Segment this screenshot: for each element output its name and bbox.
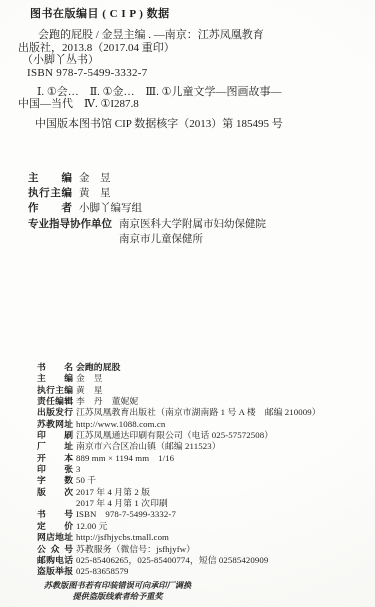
colophon-row-piracy-report: 盗版举报 025-83658579 <box>37 566 321 577</box>
colophon-row-price: 定价 12.00 元 <box>37 521 321 532</box>
field-value: 50 千 <box>76 475 96 486</box>
field-value: ISBN 978-7-5499-3332-7 <box>76 509 176 520</box>
field-label: 字数 <box>37 475 73 486</box>
cip-title: 图书在版编目 ( C I P ) 数据 <box>30 8 283 20</box>
cip-record-number: 中国版本图书馆 CIP 数据核字（2013）第 185495 号 <box>18 118 283 130</box>
colophon-row-wechat-account: 公众号 苏教服务（微信号：jsfhjyfw） <box>37 544 321 555</box>
field-label: 出版发行 <box>37 407 73 418</box>
field-value: 南京市儿童保健所 <box>119 232 203 247</box>
colophon-row-chief-editor: 主编 金 昱 <box>37 373 321 384</box>
field-value: 889 mm × 1194 mm 1/16 <box>76 453 174 464</box>
footer-note-line: 苏教版图书若有印装错误可向承印厂调换 <box>0 580 235 591</box>
field-label: 执行主编 <box>28 186 72 201</box>
field-label: 印张 <box>37 464 73 475</box>
field-label: 公众号 <box>37 544 73 555</box>
field-value: 苏教服务（微信号：jsfhjyfw） <box>76 544 195 555</box>
field-value: http://jsfhjycbs.tmall.com <box>76 532 169 543</box>
field-value: http://www.1088.com.cn <box>76 419 165 430</box>
colophon-row-factory-address: 厂址 南京市六合区冶山镇（邮编 211523） <box>37 441 321 452</box>
field-label: 专业指导协作单位 <box>28 217 112 232</box>
field-label: 书名 <box>37 362 73 373</box>
cip-classification-line: 中国—当代 Ⅳ. ①I287.8 <box>18 98 283 110</box>
editors-row: 作者 小脚丫编写组 <box>28 201 266 216</box>
field-label: 执行主编 <box>37 385 73 396</box>
editors-row-continuation: 南京市儿童保健所 <box>28 232 266 247</box>
field-value: 会跑的屁股 <box>76 362 121 373</box>
colophon-row-mail-order-phone: 邮购电话 025-85406265，025-85400774，短信 025854… <box>37 555 321 566</box>
field-label: 厂址 <box>37 441 73 452</box>
field-label: 定价 <box>37 521 73 532</box>
field-label <box>37 498 73 509</box>
field-label: 邮购电话 <box>37 555 73 566</box>
field-label: 书号 <box>37 509 73 520</box>
field-value: 3 <box>76 464 81 475</box>
cip-block: 图书在版编目 ( C I P ) 数据 会跑的屁股 / 金昱主编 . —南京：江… <box>18 8 283 130</box>
colophon-row-edition: 版次 2017 年 4 月第 2 版 <box>37 487 321 498</box>
editors-row: 执行主编 黄 星 <box>28 186 266 201</box>
colophon-row-word-count: 字数 50 千 <box>37 475 321 486</box>
cip-description-line: 出版社，2013.8（2017.04 重印） <box>18 42 283 54</box>
cip-classification-line: Ⅰ. ①会… Ⅱ. ①金… Ⅲ. ①儿童文学—图画故事— <box>18 86 283 98</box>
field-label: 网店地址 <box>37 532 73 543</box>
cip-description-line: 会跑的屁股 / 金昱主编 . —南京：江苏凤凰教育 <box>18 29 283 41</box>
colophon-row-executive-editor: 执行主编 黄 星 <box>37 385 321 396</box>
field-label: 盗版举报 <box>37 566 73 577</box>
editors-block: 主编 金 昱 执行主编 黄 星 作者 小脚丫编写组 专业指导协作单位 南京医科大… <box>28 171 266 247</box>
footer-note-line: 提供盗版线索者给予重奖 <box>0 591 235 602</box>
colophon-row-website: 苏教网址 http://www.1088.com.cn <box>37 419 321 430</box>
colophon-row-responsible-editor: 责任编辑 李 丹 董妮妮 <box>37 396 321 407</box>
field-label: 印刷 <box>37 430 73 441</box>
field-value: 江苏凤凰教育出版社（南京市湖南路 1 号 A 楼 邮编 210009） <box>76 407 321 418</box>
field-value: 李 丹 董妮妮 <box>76 396 138 407</box>
field-value: 12.00 元 <box>76 521 108 532</box>
colophon-row-book-title: 书名 会跑的屁股 <box>37 362 321 373</box>
field-value: 金 昱 <box>79 171 111 186</box>
field-label: 作者 <box>28 201 72 216</box>
field-label: 主编 <box>28 171 72 186</box>
colophon-row-publisher: 出版发行 江苏凤凰教育出版社（南京市湖南路 1 号 A 楼 邮编 210009） <box>37 407 321 418</box>
field-label: 开本 <box>37 453 73 464</box>
colophon-block: 书名 会跑的屁股 主编 金 昱 执行主编 黄 星 责任编辑 李 丹 董妮妮 出版… <box>37 362 321 578</box>
editors-row: 专业指导协作单位 南京医科大学附属市妇幼保健院 <box>28 217 266 232</box>
footer-notes: 苏教版图书若有印装错误可向承印厂调换 提供盗版线索者给予重奖 <box>0 580 235 602</box>
field-value: 黄 星 <box>79 186 111 201</box>
field-value: 025-85406265，025-85400774，短信 02585420909 <box>76 555 268 566</box>
colophon-row-sheets: 印张 3 <box>37 464 321 475</box>
colophon-row-online-store: 网店地址 http://jsfhjycbs.tmall.com <box>37 532 321 543</box>
field-value: 金 昱 <box>76 373 103 384</box>
editors-row: 主编 金 昱 <box>28 171 266 186</box>
colophon-row-isbn: 书号 ISBN 978-7-5499-3332-7 <box>37 509 321 520</box>
field-value: 小脚丫编写组 <box>79 201 142 216</box>
spacer <box>18 79 283 86</box>
field-label: 版次 <box>37 487 73 498</box>
field-value: 2017 年 4 月第 1 次印刷 <box>76 498 168 509</box>
colophon-row-format: 开本 889 mm × 1194 mm 1/16 <box>37 453 321 464</box>
field-value: 南京医科大学附属市妇幼保健院 <box>119 217 266 232</box>
field-value: 2017 年 4 月第 2 版 <box>76 487 150 498</box>
field-value: 江苏凤凰通达印刷有限公司（电话 025-57572508） <box>76 430 273 441</box>
spacer <box>18 111 283 118</box>
colophon-row-printer: 印刷 江苏凤凰通达印刷有限公司（电话 025-57572508） <box>37 430 321 441</box>
field-value: 025-83658579 <box>76 566 129 577</box>
field-label: 责任编辑 <box>37 396 73 407</box>
cip-isbn-line: ISBN 978-7-5499-3332-7 <box>18 67 283 79</box>
field-label: 主编 <box>37 373 73 384</box>
field-label: 苏教网址 <box>37 419 73 430</box>
cip-series-line: （小脚丫丛书） <box>18 54 283 66</box>
colophon-row-printing: 2017 年 4 月第 1 次印刷 <box>37 498 321 509</box>
field-value: 黄 星 <box>76 385 103 396</box>
field-value: 南京市六合区冶山镇（邮编 211523） <box>76 441 221 452</box>
